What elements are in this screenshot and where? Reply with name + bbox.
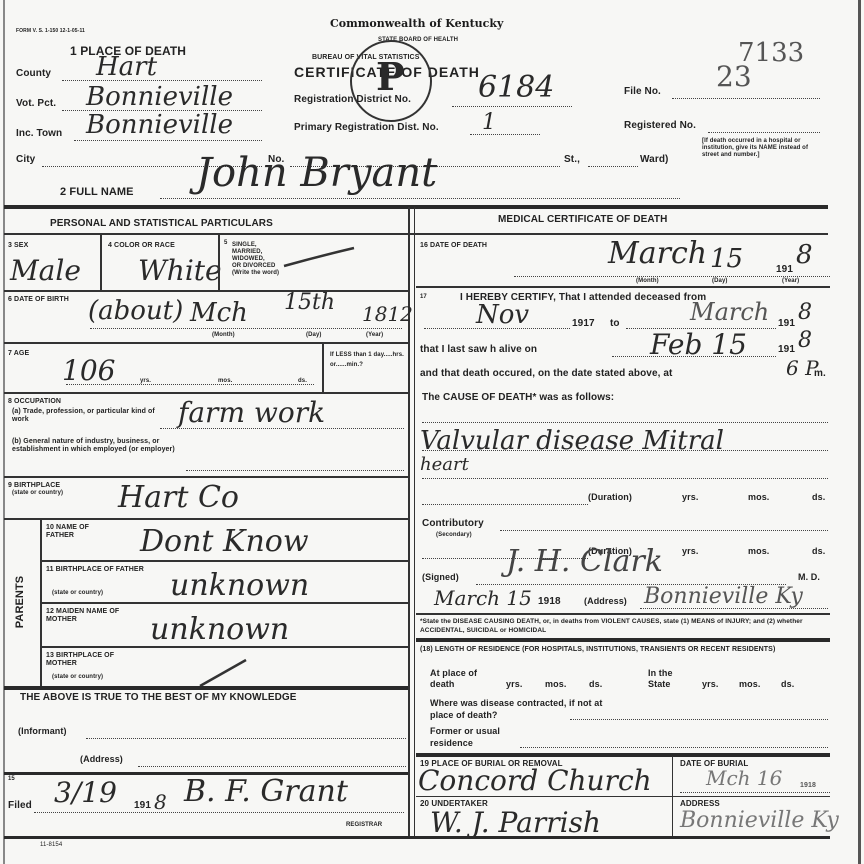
file-no-value: 23 [716,60,752,93]
full-name-value: John Bryant [196,150,437,196]
duration-yrs-1: yrs. [682,492,698,502]
marital-option-widowed: WIDOWED, [232,256,279,263]
duration-label-1: (Duration) [588,492,632,502]
cause-footnote: *State the DISEASE CAUSING DEATH, or, in… [420,617,830,635]
registration-district-label: Registration District No. [294,94,411,105]
row-divider-father-birthplace [40,602,408,604]
row-divider-father [40,560,408,562]
parents-side-label: PARENTS [14,576,26,628]
former-residence-label: Former or usual residence [430,725,540,749]
duration-mos-1: mos. [748,492,769,502]
primary-dist-label: Primary Registration Dist. No. [294,122,439,133]
left-page-edge [3,0,5,864]
undertaker-value: W. J. Parrish [430,806,601,839]
street-label: St., [564,154,580,165]
marital-status-options: SINGLE, MARRIED, WIDOWED, OR DIVORCED (W… [232,242,279,277]
sex-divider [100,235,102,291]
dob-month: Mch [190,298,248,328]
informant-label: (Informant) [18,726,67,736]
father-name-label: 10 NAME OF FATHER [46,524,116,540]
attended-from-year: 1917 [572,318,595,329]
sex-label: 3 SEX [8,242,28,250]
form-number: FORM V. S. 1-150 12-1-05-11 [16,28,85,35]
last-saw-line [612,356,776,357]
occupation-b-label: (b) General nature of industry, business… [12,438,194,454]
burial-year: 1918 [800,782,816,789]
vot-pct-value: Bonnieville [86,82,233,112]
sex-value: Male [10,254,81,287]
marital-num: 5 [224,240,227,247]
duration-ds-1: ds. [812,492,825,502]
attended-to-year-prefix: 191 [778,318,795,329]
signed-physician-value: J. H. Clark [506,544,663,579]
age-divider [322,344,324,392]
filed-num: 15 [8,776,15,783]
dob-year-caption: (Year) [366,332,383,339]
cause-of-death-label: The CAUSE OF DEATH* was as follows: [422,392,614,403]
dob-day: 15th [284,290,335,315]
full-name-line [160,198,680,199]
county-line [62,80,262,81]
primary-dist-value: 1 [482,110,496,135]
color-race-label: 4 COLOR OR RACE [108,242,175,250]
row-divider-occupation [4,476,408,478]
marital-option-married: MARRIED, [232,249,279,256]
at-place-yrs: yrs. [506,679,522,689]
marital-write-word: (Write the word) [232,270,279,277]
informant-line [86,738,406,739]
occupation-a-line [160,428,404,429]
cause-line-2 [422,450,828,451]
inc-town-value: Bonnieville [86,110,233,140]
right-page-edge [858,0,861,864]
duration-yrs-2: yrs. [682,546,698,556]
physician-address-value: Bonnieville Ky [644,584,803,609]
cause-line-1 [422,422,828,423]
dob-label: 6 DATE OF BIRTH [8,296,69,304]
father-birthplace-sublabel: (state or country) [52,590,103,597]
dob-line [90,328,402,329]
residence-bottom-divider [416,753,830,757]
at-place-ds: ds. [589,679,602,689]
at-place-mos: mos. [545,679,566,689]
county-label: County [16,68,51,79]
city-label: City [16,154,35,165]
undertaker-address-value: Bonnieville Ky [680,808,839,833]
inc-town-line [74,140,262,141]
commonwealth-title: Commonwealth of Kentucky [330,17,503,30]
filed-year-suffix: 8 [154,790,167,814]
parents-bottom-divider [4,686,408,690]
duration-ds-2: ds. [812,546,825,556]
occupation-label: 8 OCCUPATION [8,398,61,406]
burial-row-divider [416,796,830,797]
occupation-value: farm work [178,396,325,429]
dob-day-caption: (Day) [306,332,322,339]
marital-option-divorced: OR DIVORCED [232,263,279,270]
burial-place-value: Concord Church [418,764,652,797]
row-divider-birthplace [4,518,408,520]
dod-label: 16 DATE OF DEATH [420,242,487,250]
row-divider-dob [4,342,408,344]
mother-birthplace-label: 13 BIRTHPLACE OF MOTHER [46,652,146,668]
dod-year-caption: (Year) [782,278,799,285]
filed-label: Filed [8,800,32,811]
inc-town-label: Inc. Town [16,128,62,139]
birthplace-label: 9 BIRTHPLACE [8,482,60,490]
filed-line [34,812,404,813]
informant-address-label: (Address) [80,754,123,764]
father-birthplace-value: unknown [170,568,309,603]
ward-label: Ward) [640,154,668,165]
in-state-units: yrs. mos. ds. [680,679,794,689]
dod-month-caption: (Month) [636,278,659,285]
md-label: M. D. [798,572,820,582]
footnote-bottom-divider [416,638,830,642]
registered-no-label: Registered No. [624,120,696,131]
vot-pct-label: Vot. Pct. [16,98,56,109]
ward-line [588,166,638,167]
father-birthplace-label: 11 BIRTHPLACE OF FATHER [46,566,146,574]
physician-address-line [640,608,828,609]
cause-line2-value: heart [420,454,469,475]
bottom-divider [4,836,830,839]
signed-label: (Signed) [422,572,459,582]
mother-birthplace-sublabel: (state or country) [52,674,103,681]
contributory-line [500,530,828,531]
age-line [66,384,314,385]
dod-year-prefix: 191 [776,264,793,275]
dod-year-suffix: 8 [796,240,813,270]
age-mos: mos. [218,378,232,385]
age-value: 106 [62,354,115,387]
color-race-value: White [138,254,222,287]
dod-day-caption: (Day) [712,278,728,285]
marital-arrow-mark [280,244,360,274]
contracted-label: Where was disease contracted, if not at … [430,697,620,721]
last-saw-year-prefix: 191 [778,344,795,355]
informant-address-line [138,766,406,767]
contributory-label: Contributory [422,518,484,529]
registration-district-line [452,106,572,107]
dod-day: 15 [710,244,743,274]
row-divider-mother [40,646,408,648]
attended-from-line [424,328,570,329]
death-occurred-label: and that death occured, on the date stat… [420,368,672,379]
row-divider-age [4,392,408,394]
cause-line-3 [422,478,828,479]
age-label: 7 AGE [8,350,29,358]
dob-year: 1812 [362,302,413,326]
row-divider-dod [416,286,830,288]
attended-to-value: March [690,298,769,326]
mother-name-value: unknown [150,612,289,647]
duration-line-1 [422,504,588,505]
former-residence-line [520,747,828,748]
footnote-top-divider [416,613,830,615]
primary-dist-line [470,134,540,135]
age-yrs: yrs. [140,378,151,385]
burial-date-value: Mch 16 [706,766,782,790]
registered-no-line [708,132,820,133]
last-saw-year-suffix: 8 [798,328,812,353]
file-no-label: File No. [624,86,661,97]
secondary-label: (Secondary) [436,532,472,539]
dob-month-caption: (Month) [212,332,235,339]
section-title-underline [4,233,828,235]
duration-mos-2: mos. [748,546,769,556]
less-than-day-note: If LESS than 1 day.....hrs. or......min.… [330,350,406,370]
signed-date-value: March 15 [434,586,532,610]
father-name-value: Dont Know [140,524,309,559]
in-state-yrs: yrs. [702,679,718,689]
burial-date-line [680,792,830,793]
mother-birthplace-check-mark [196,656,256,690]
header-divider [4,205,828,209]
filed-date: 3/19 [54,776,117,809]
attended-to-year-suffix: 8 [798,300,812,325]
physician-address-label: (Address) [584,596,627,606]
registrar-signature: B. F. Grant [184,774,348,809]
death-time-suffix: m. [814,368,826,379]
dod-month: March [608,236,707,271]
file-no-line [672,98,820,99]
dod-line [514,276,830,277]
birthplace-sublabel: (state or country) [12,490,63,497]
full-name-label: 2 FULL NAME [60,186,134,198]
attended-from-value: Nov [476,300,529,330]
at-place-units: yrs. mos. ds. [478,679,602,689]
row-divider-sex [4,290,408,292]
hospital-note: [If death occurred in a hospital or inst… [702,138,822,159]
occupation-a-label: (a) Trade, profession, or particular kin… [12,408,172,424]
certify-num: 17 [420,294,427,301]
attended-to-label: to [610,318,620,329]
footer-code: 11-8154 [40,842,62,849]
contracted-line [570,719,828,720]
age-ds: ds. [298,378,307,385]
registration-district-value: 6184 [478,70,554,105]
registrar-label: REGISTRAR [346,822,382,829]
signed-year: 1918 [538,596,561,607]
in-state-mos: mos. [739,679,760,689]
county-value: Hart [96,52,157,82]
center-divider-2 [414,207,415,837]
occupation-b-line [186,470,404,471]
true-statement: THE ABOVE IS TRUE TO THE BEST OF MY KNOW… [20,692,297,703]
medical-section-title: MEDICAL CERTIFICATE OF DEATH [498,214,667,225]
personal-section-title: PERSONAL AND STATISTICAL PARTICULARS [50,218,273,229]
dob-prefix: (about) [88,296,183,326]
cause-line1-value: Valvular disease Mitral [420,426,724,456]
birthplace-value: Hart Co [118,480,239,515]
marital-option-single: SINGLE, [232,242,279,249]
mother-name-label: 12 MAIDEN NAME OF MOTHER [46,608,146,624]
in-state-ds: ds. [781,679,794,689]
color-divider [218,235,220,291]
last-saw-label: that I last saw h alive on [420,344,537,355]
filed-year-prefix: 191 [134,800,151,811]
undertaker-address-label: ADDRESS [680,800,720,807]
seal-stamp-letter: P [376,54,405,99]
residence-heading: (18) LENGTH OF RESIDENCE (FOR HOSPITALS,… [420,645,830,654]
